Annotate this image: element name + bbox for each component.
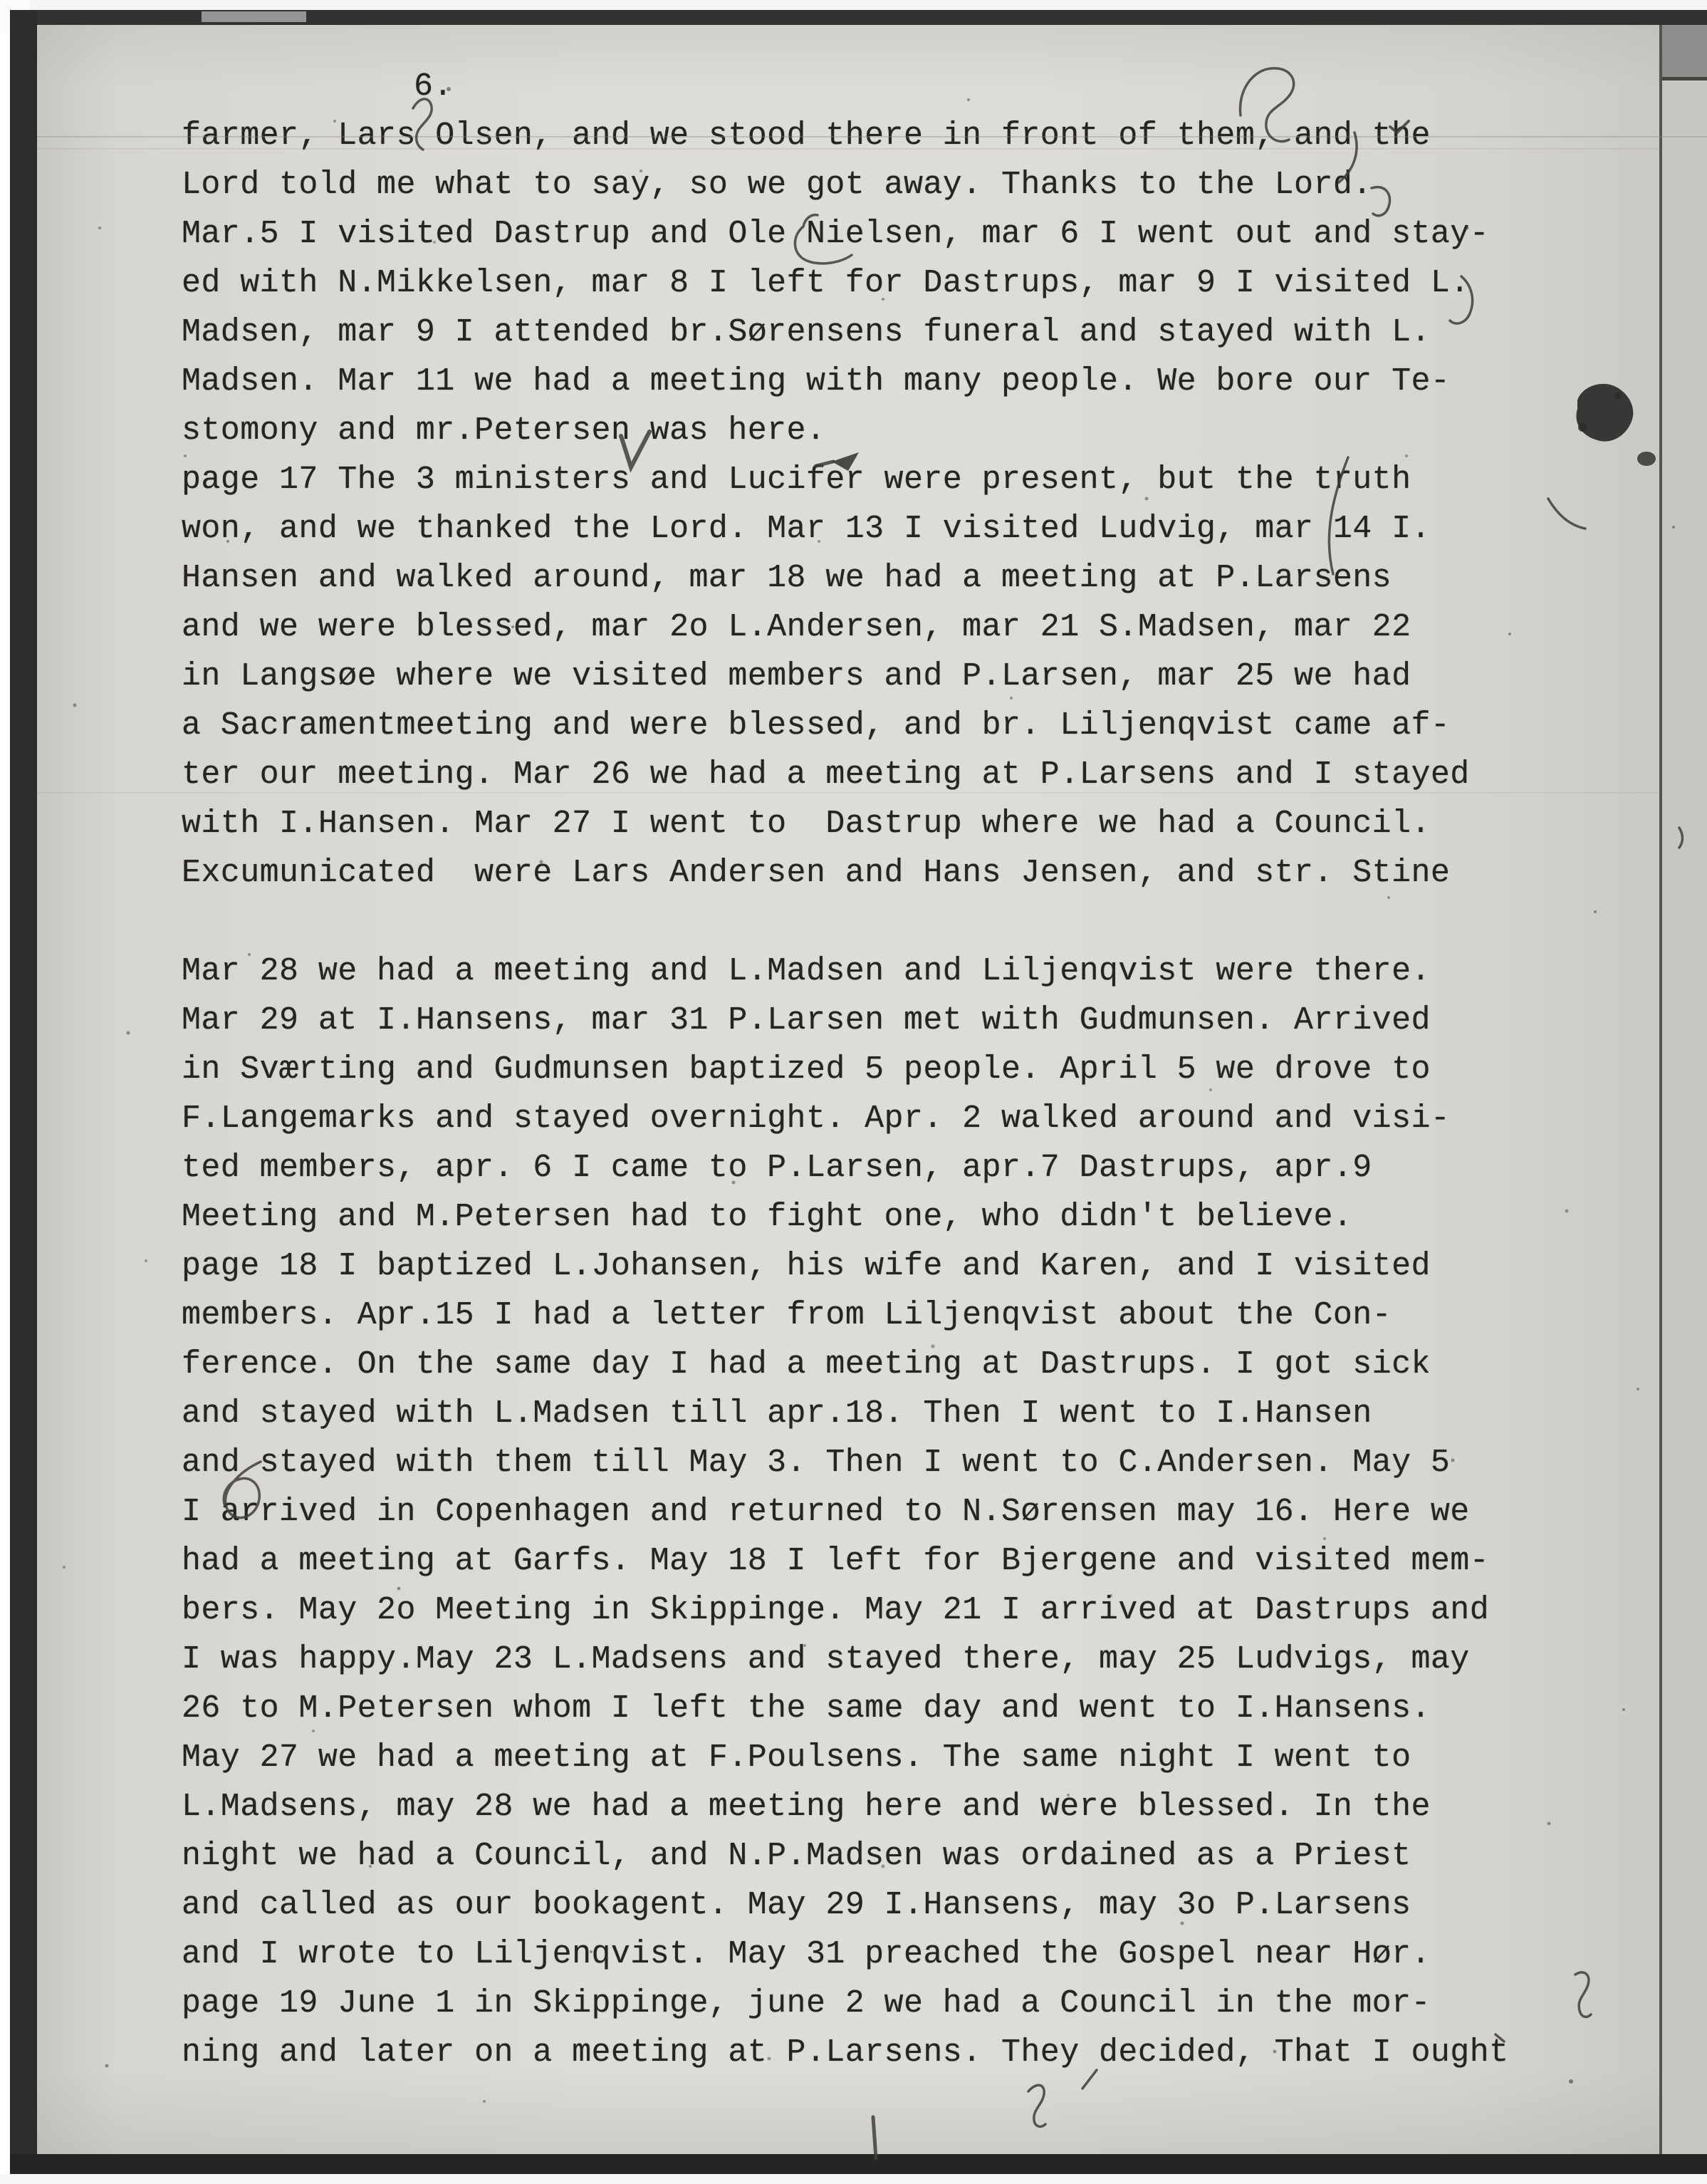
text-line: Mar 28 we had a meeting and L.Madsen and… xyxy=(182,947,1509,996)
text-line: I was happy.May 23 L.Madsens and stayed … xyxy=(182,1635,1509,1684)
text-line: Meeting and M.Petersen had to fight one,… xyxy=(182,1192,1509,1242)
text-line: stomony and mr.Petersen was here. xyxy=(182,406,1509,455)
scan-margin-bottom xyxy=(0,2174,1707,2184)
text-line: had a meeting at Garfs. May 18 I left fo… xyxy=(182,1536,1509,1586)
scan-edge-strip xyxy=(1662,80,1707,2154)
text-line: members. Apr.15 I had a letter from Lilj… xyxy=(182,1291,1509,1340)
film-frame-left xyxy=(10,10,37,2174)
scan-margin-top xyxy=(0,0,1707,10)
text-line: ted members, apr. 6 I came to P.Larsen, … xyxy=(182,1143,1509,1192)
text-line: ed with N.Mikkelsen, mar 8 I left for Da… xyxy=(182,259,1509,308)
text-line: with I.Hansen. Mar 27 I went to Dastrup … xyxy=(182,799,1509,848)
text-line: and I wrote to Liljenqvist. May 31 preac… xyxy=(182,1930,1509,1979)
text-line: ference. On the same day I had a meeting… xyxy=(182,1340,1509,1389)
page-number: 6. xyxy=(414,69,453,105)
page-right-edge xyxy=(1659,25,1662,2154)
text-line: a Sacramentmeeting and were blessed, and… xyxy=(182,701,1509,750)
text-line: farmer, Lars Olsen, and we stood there i… xyxy=(182,111,1509,160)
typewritten-text: farmer, Lars Olsen, and we stood there i… xyxy=(182,111,1509,2077)
text-line: and stayed with them till May 3. Then I … xyxy=(182,1438,1509,1487)
text-line: Madsen, mar 9 I attended br.Sørensens fu… xyxy=(182,308,1509,357)
text-line: Madsen. Mar 11 we had a meeting with man… xyxy=(182,357,1509,406)
film-frame-gap xyxy=(202,11,306,22)
text-line: page 18 I baptized L.Johansen, his wife … xyxy=(182,1242,1509,1291)
text-line: Excumunicated were Lars Andersen and Han… xyxy=(182,848,1509,898)
film-frame-bottom xyxy=(10,2154,1707,2174)
text-line: and called as our bookagent. May 29 I.Ha… xyxy=(182,1881,1509,1930)
text-line: Lord told me what to say, so we got away… xyxy=(182,160,1509,209)
text-line: 26 to M.Petersen whom I left the same da… xyxy=(182,1684,1509,1733)
text-line: in Sværting and Gudmunsen baptized 5 peo… xyxy=(182,1045,1509,1094)
text-line: won, and we thanked the Lord. Mar 13 I v… xyxy=(182,504,1509,553)
text-line: page 17 The 3 ministers and Lucifer were… xyxy=(182,455,1509,504)
text-line: May 27 we had a meeting at F.Poulsens. T… xyxy=(182,1733,1509,1782)
text-line: and we were blessed, mar 2o L.Andersen, … xyxy=(182,603,1509,652)
text-line: ter our meeting. Mar 26 we had a meeting… xyxy=(182,750,1509,799)
scan-edge-upper xyxy=(1662,25,1707,77)
text-line: F.Langemarks and stayed overnight. Apr. … xyxy=(182,1094,1509,1143)
text-line: Hansen and walked around, mar 18 we had … xyxy=(182,553,1509,603)
text-line: Mar.5 I visited Dastrup and Ole Nielsen,… xyxy=(182,209,1509,259)
text-line: ning and later on a meeting at P.Larsens… xyxy=(182,2028,1509,2077)
text-line: night we had a Council, and N.P.Madsen w… xyxy=(182,1831,1509,1881)
text-line: and stayed with L.Madsen till apr.18. Th… xyxy=(182,1389,1509,1438)
text-line: Mar 29 at I.Hansens, mar 31 P.Larsen met… xyxy=(182,996,1509,1045)
text-line: page 19 June 1 in Skippinge, june 2 we h… xyxy=(182,1979,1509,2028)
text-line: bers. May 2o Meeting in Skippinge. May 2… xyxy=(182,1586,1509,1635)
text-line: in Langsøe where we visited members and … xyxy=(182,652,1509,701)
text-line xyxy=(182,898,1509,947)
text-line: I arrived in Copenhagen and returned to … xyxy=(182,1487,1509,1536)
text-line: L.Madsens, may 28 we had a meeting here … xyxy=(182,1782,1509,1831)
